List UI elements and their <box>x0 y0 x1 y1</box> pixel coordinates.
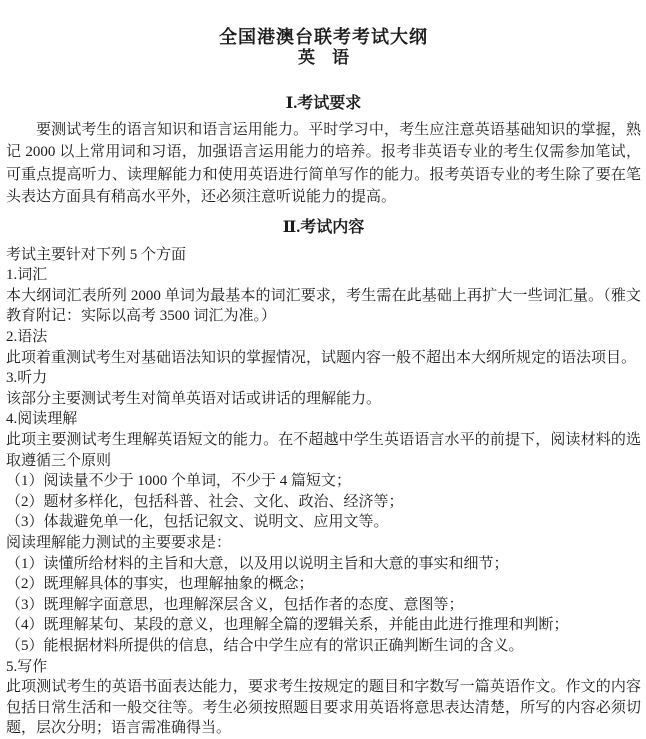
section-2-intro-line: 考试主要针对下列 5 个方面 <box>6 245 641 266</box>
reading-principle-2: （2）题材多样化，包括科普、社会、文化、政治、经济等； <box>6 492 641 513</box>
section-1-heading: Ⅰ.考试要求 <box>6 95 641 112</box>
reading-principle-3: （3）体裁避免单一化，包括记叙文、说明文、应用文等。 <box>6 512 641 533</box>
reading-requirements-intro: 阅读理解能力测试的主要要求是： <box>6 533 641 554</box>
reading-principle-1: （1）阅读量不少于 1000 个单词，不少于 4 篇短文； <box>6 471 641 492</box>
item-4-reading-text: 此项主要测试考生理解英语短文的能力。在不超越中学生英语语言水平的前提下，阅读材料… <box>6 430 641 471</box>
reading-requirement-3: （3）既理解字面意思，也理解深层含义，包括作者的态度、意图等； <box>6 595 641 616</box>
doc-title: 全国港澳台联考考试大纲 <box>6 27 641 48</box>
section-1-paragraph: 要测试考生的语言知识和语言运用能力。平时学习中，考生应注意英语基础知识的掌握，熟… <box>6 119 641 209</box>
item-2-grammar-text: 此项着重测试考生对基础语法知识的掌握情况，试题内容一般不超出本大纲所规定的语法项… <box>6 348 641 369</box>
document-page: 全国港澳台联考考试大纲 英 语 Ⅰ.考试要求 要测试考生的语言知识和语言运用能力… <box>0 0 646 739</box>
reading-requirement-1: （1）读懂所给材料的主旨和大意，以及用以说明主旨和大意的事实和细节； <box>6 554 641 575</box>
item-3-listening-text: 该部分主要测试考生对简单英语对话或讲话的理解能力。 <box>6 389 641 410</box>
item-3-listening-heading: 3.听力 <box>6 368 641 389</box>
item-5-writing-text: 此项测试考生的英语书面表达能力，要求考生按规定的题目和字数写一篇英语作文。作文的… <box>6 677 641 739</box>
section-2-heading: Ⅱ.考试内容 <box>6 219 641 236</box>
item-1-vocabulary-text: 本大纲词汇表所列 2000 单词为最基本的词汇要求，考生需在此基础上再扩大一些词… <box>6 286 641 327</box>
reading-requirement-4: （4）既理解某句、某段的意义，也理解全篇的逻辑关系，并能由此进行推理和判断； <box>6 615 641 636</box>
item-5-writing-heading: 5.写作 <box>6 657 641 678</box>
reading-requirement-2: （2）既理解具体的事实，也理解抽象的概念； <box>6 574 641 595</box>
item-4-reading-heading: 4.阅读理解 <box>6 409 641 430</box>
item-2-grammar-heading: 2.语法 <box>6 327 641 348</box>
doc-subtitle: 英 语 <box>6 48 641 67</box>
item-1-vocabulary-heading: 1.词汇 <box>6 265 641 286</box>
reading-requirement-5: （5）能根据材料所提供的信息，结合中学生应有的常识正确判断生词的含义。 <box>6 636 641 657</box>
